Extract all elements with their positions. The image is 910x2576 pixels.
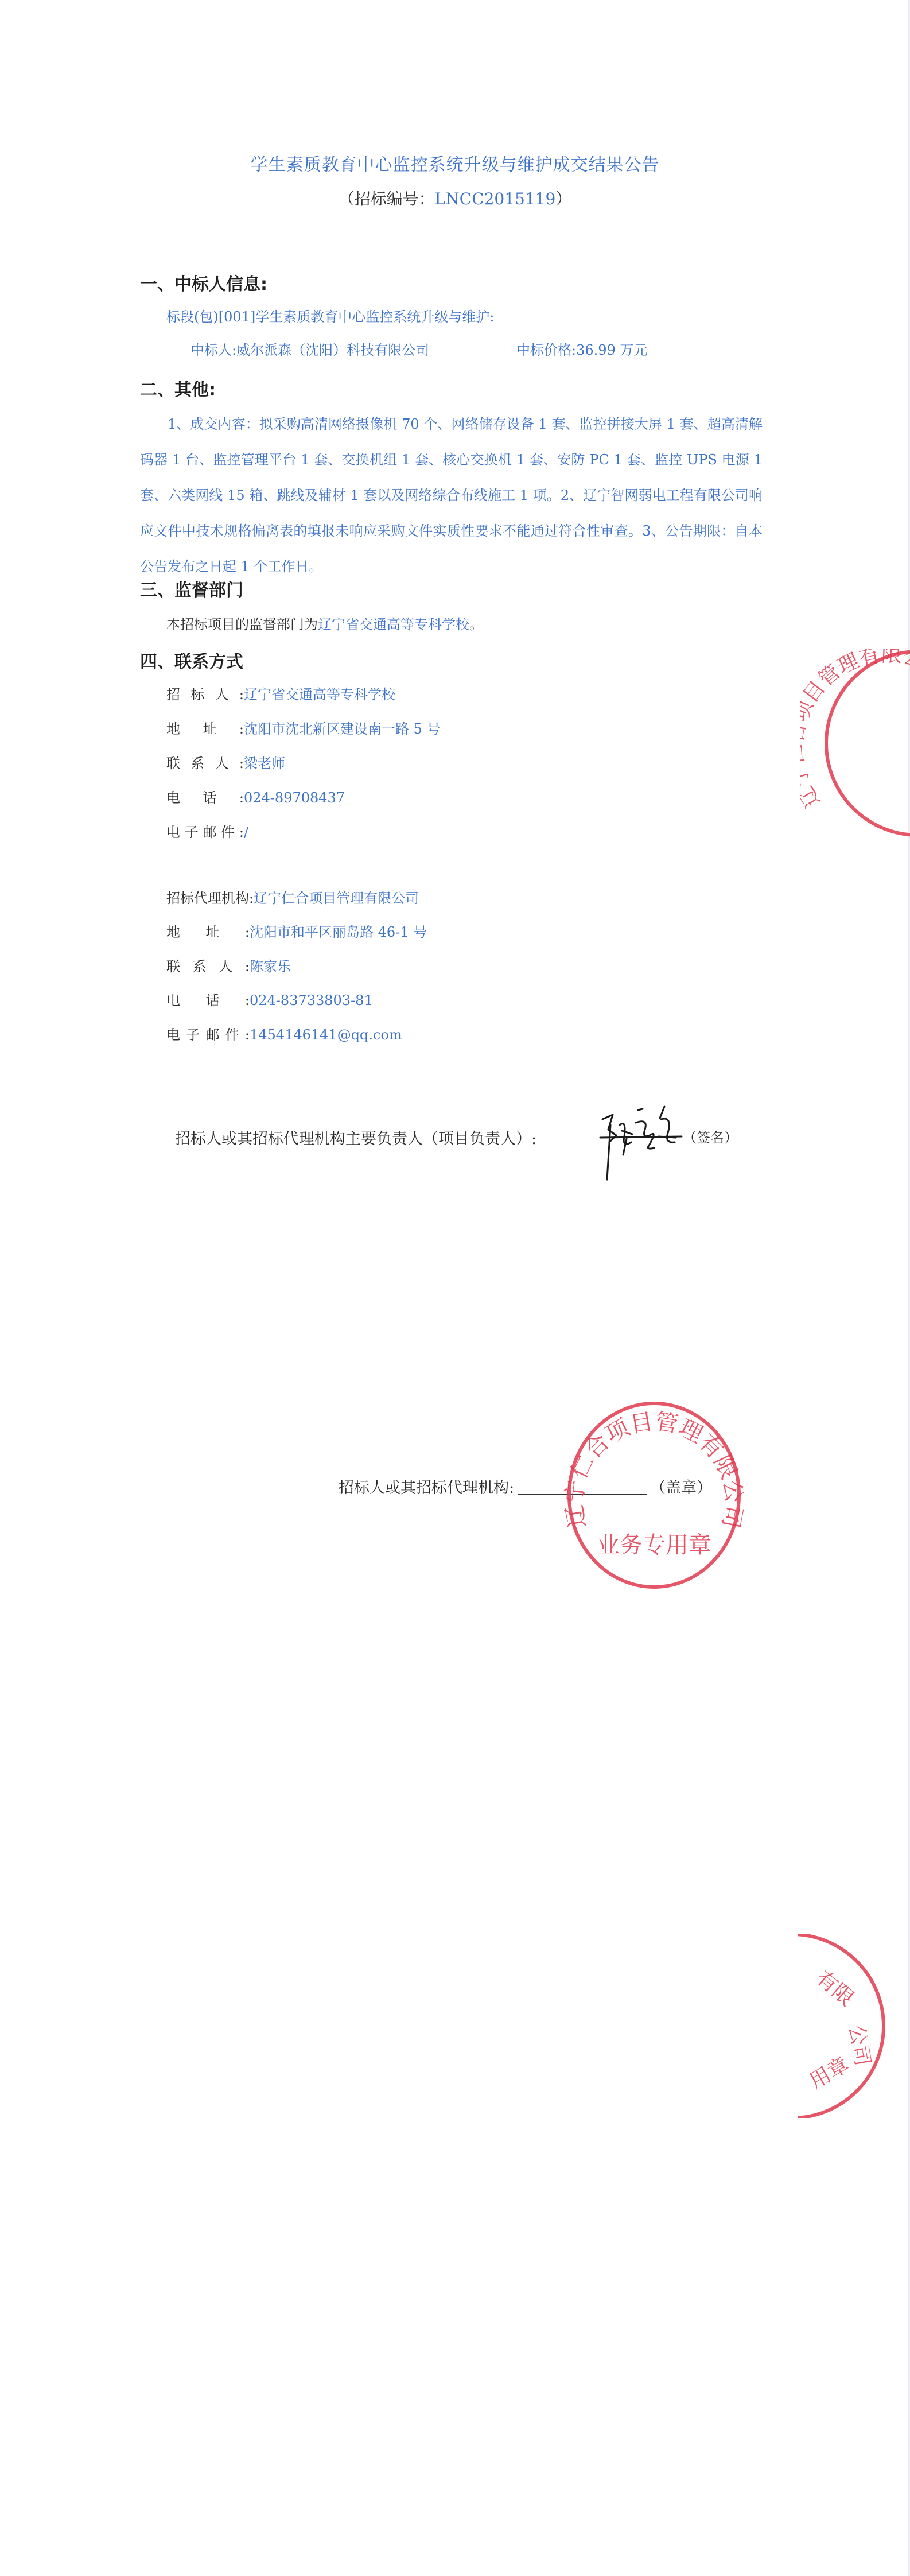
bid-number: LNCC2015119 (435, 189, 556, 208)
agency-address-row: 地址:沈阳市和平区丽岛路 46-1 号 (166, 921, 427, 941)
tenderer-email-value: / (244, 824, 248, 840)
agency-org-value: 辽宁仁合项目管理有限公司 (254, 890, 419, 906)
seam-stamp-lower-text-2: 公司 (844, 2023, 874, 2067)
stamp-outer-text: 辽宁仁合项目管理有限公司 (561, 1409, 747, 1530)
tenderer-contact-row: 联系人:梁老师 (166, 752, 285, 772)
supervision-line: 本招标项目的监督部门为辽宁省交通高等专科学校。 (166, 613, 483, 633)
tenderer-contact-label: 联系人: (166, 752, 244, 772)
page-edge-strip (908, 0, 910, 2576)
document-subtitle: （招标编号：LNCC2015119） (0, 187, 910, 210)
tenderer-phone-row: 电话:024-89708437 (166, 786, 345, 806)
signature-note: （签名） (683, 1126, 738, 1146)
company-seal-stamp: 辽宁仁合项目管理有限公司 业务专用章 (559, 1400, 749, 1590)
subtitle-prefix: （招标编号： (339, 189, 435, 208)
seal-org-label: 招标人或其招标代理机构: (339, 1479, 514, 1497)
agency-contact-label: 联系人: (166, 955, 250, 975)
agency-phone-value: 024-83733803-81 (250, 992, 373, 1008)
svg-text:辽宁仁合项目管理有限公司: 辽宁仁合项目管理有限公司 (561, 1409, 747, 1530)
tenderer-org-value: 辽宁省交通高等专科学校 (244, 686, 395, 703)
agency-contact-row: 联系人:陈家乐 (166, 955, 291, 975)
seam-stamp-lower-text-3: 用章 (806, 2053, 853, 2094)
supervision-department: 辽宁省交通高等专科学校 (318, 616, 469, 633)
section4-heading: 四、联系方式 (140, 647, 243, 673)
tenderer-email-row: 电子邮件:/ (166, 821, 248, 841)
agency-phone-row: 电话:024-83733803-81 (166, 989, 373, 1009)
tenderer-org-row: 招标人:辽宁省交通高等专科学校 (166, 683, 395, 703)
tenderer-phone-value: 024-89708437 (244, 790, 345, 806)
section3-heading: 三、监督部门 (140, 576, 243, 601)
tenderer-email-label: 电子邮件: (166, 821, 244, 841)
agency-address-label: 地址: (166, 921, 250, 941)
tenderer-address-label: 地址: (166, 717, 244, 738)
winner-value: 威尔派森（沈阳）科技有限公司 (236, 342, 429, 358)
section2-heading: 二、其他: (140, 375, 216, 401)
svg-text:辽宁仁合项目管理有限公司: 辽宁仁合项目管理有限公司 (800, 649, 910, 812)
agency-email-label: 电子邮件: (166, 1023, 250, 1043)
section1-heading: 一、中标人信息: (140, 270, 267, 295)
price-line: 中标价格:36.99 万元 (516, 339, 647, 359)
agency-email-value: 1454146141@qq.com (250, 1027, 402, 1043)
responsible-person-line: 招标人或其招标代理机构主要负责人（项目负责人）: (175, 1126, 536, 1149)
winner-line: 中标人:威尔派森（沈阳）科技有限公司 (190, 339, 429, 359)
agency-phone-label: 电话: (166, 989, 250, 1009)
seam-stamp-lower-text-1: 有限 (811, 1966, 858, 2011)
tenderer-org-label: 招标人: (166, 683, 244, 703)
agency-contact-value: 陈家乐 (250, 959, 291, 975)
price-value: 36.99 万元 (576, 342, 647, 358)
tenderer-phone-label: 电话: (166, 786, 244, 806)
stamp-inner-text: 业务专用章 (597, 1532, 711, 1558)
lot-line: 标段(包)[001]学生素质教育中心监控系统升级与维护: (166, 305, 494, 325)
seam-stamp-lower: 有限 公司 用章 (798, 1934, 910, 2118)
agency-org-row: 招标代理机构:辽宁仁合项目管理有限公司 (166, 887, 419, 907)
supervision-prefix: 本招标项目的监督部门为 (166, 616, 318, 633)
tenderer-address-row: 地址:沈阳市沈北新区建设南一路 5 号 (166, 717, 441, 738)
agency-email-row: 电子邮件:1454146141@qq.com (166, 1023, 402, 1043)
seam-stamp-upper-text: 辽宁仁合项目管理有限公司 (800, 649, 910, 812)
responsible-label: 招标人或其招标代理机构主要负责人（项目负责人）: (175, 1130, 536, 1148)
handwritten-signature (597, 1102, 689, 1182)
tenderer-contact-value: 梁老师 (244, 755, 285, 771)
winner-label: 中标人: (190, 342, 236, 358)
price-label: 中标价格: (516, 342, 576, 358)
document-title: 学生素质教育中心监控系统升级与维护成交结果公告 (0, 150, 910, 176)
supervision-suffix: 。 (469, 616, 483, 633)
seam-stamp-upper: 辽宁仁合项目管理有限公司 (800, 649, 910, 838)
agency-address-value: 沈阳市和平区丽岛路 46-1 号 (250, 924, 427, 940)
agency-org-label: 招标代理机构: (166, 887, 254, 907)
subtitle-suffix: ） (555, 189, 571, 208)
tenderer-address-value: 沈阳市沈北新区建设南一路 5 号 (244, 721, 441, 737)
deal-content-paragraph: 1、成交内容：拟采购高清网络摄像机 70 个、网络储存设备 1 套、监控拼接大屏… (140, 406, 763, 584)
